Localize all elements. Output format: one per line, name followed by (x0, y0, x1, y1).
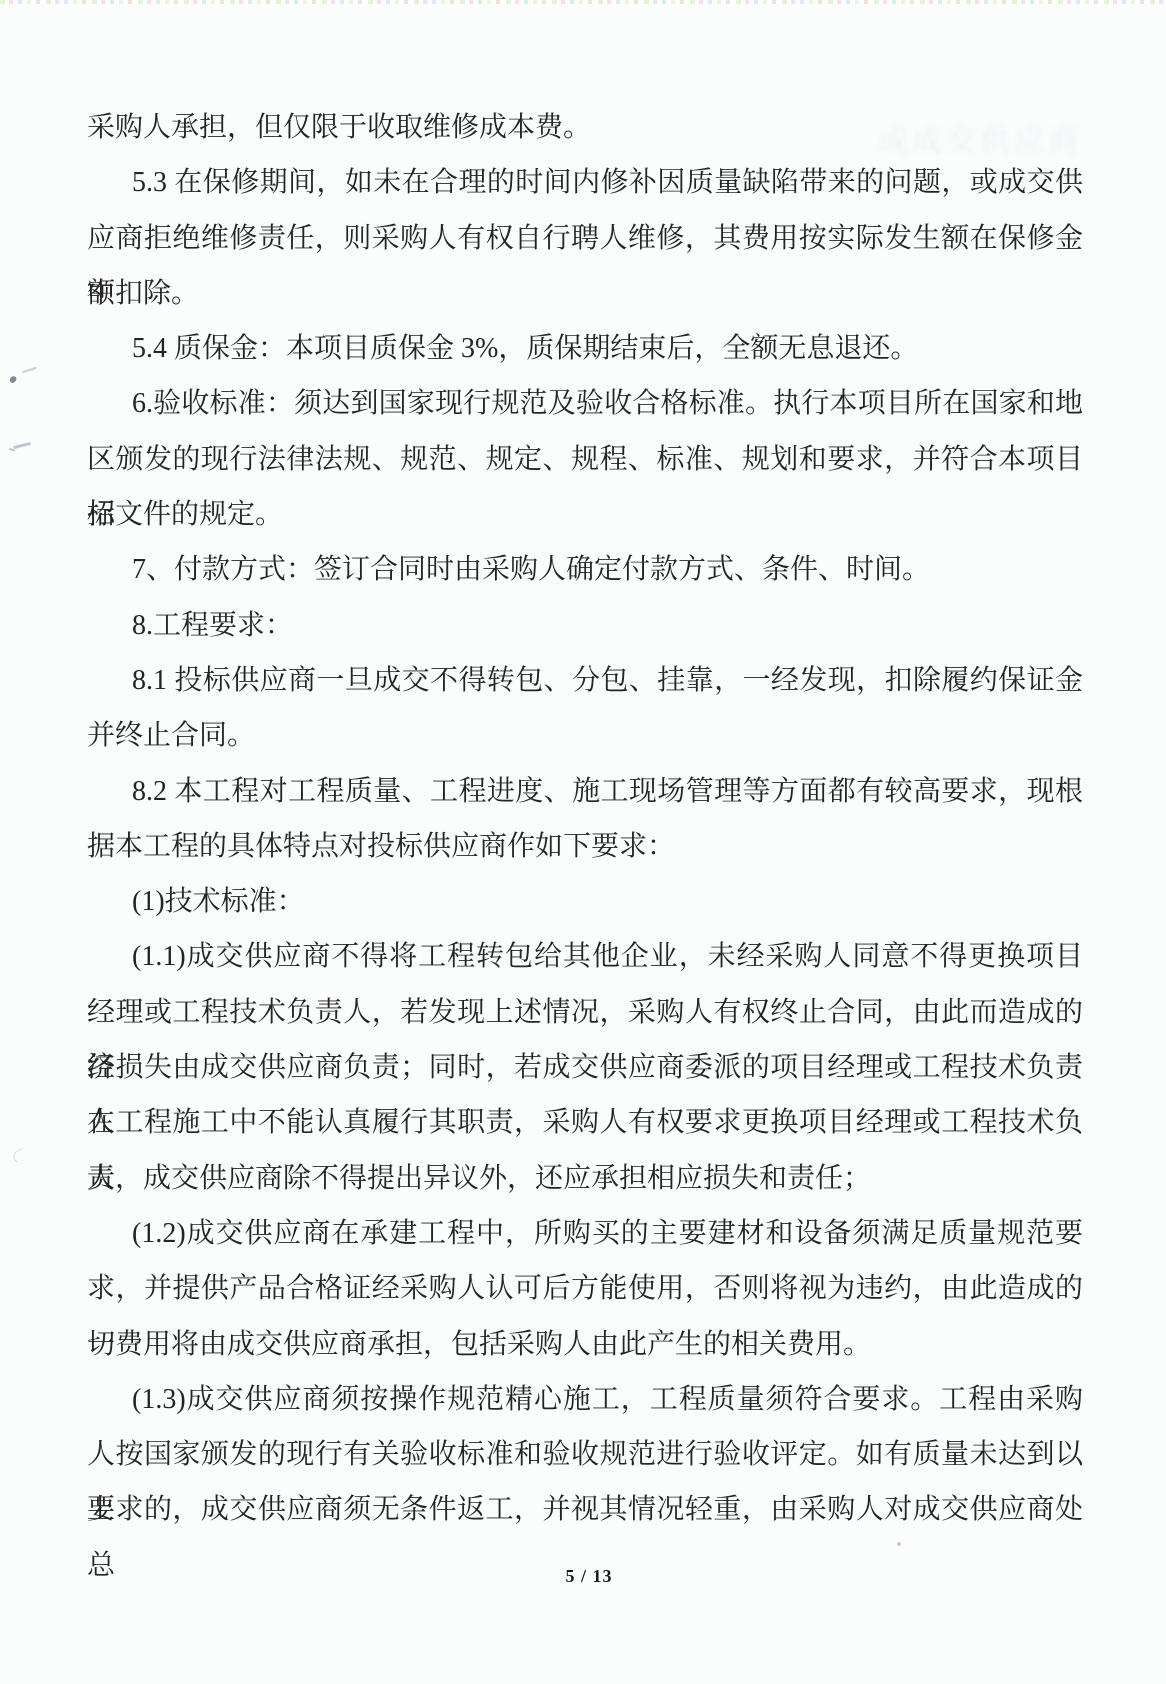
page-footer: 5 / 13 (0, 1566, 1166, 1587)
scan-speck (9, 375, 17, 384)
scan-speck (11, 1147, 29, 1164)
text-line: (1.1)成交供应商不得将工程转包给其他企业，未经采购人同意不得更换项目 (87, 929, 1083, 984)
scan-speck (13, 442, 31, 449)
text-line: 8.工程要求： (87, 598, 1083, 653)
text-line: 6.验收标准：须达到国家现行规范及验收合格标准。执行本项目所在国家和地 (87, 376, 1083, 431)
text-line: 采购人承担，但仅限于收取维修成本费。 (87, 100, 1083, 155)
text-line: 求，并提供产品合格证经采购人认可后方能使用，否则将视为违约，由此造成的一 (87, 1261, 1083, 1316)
text-line: 经理或工程技术负责人，若发现上述情况，采购人有权终止合同，由此而造成的经 (87, 985, 1083, 1040)
text-line: 中扣除。 (87, 266, 1083, 321)
text-line: 并终止合同。 (87, 708, 1083, 763)
scan-speck (22, 367, 37, 374)
text-line: 切费用将由成交供应商承担，包括采购人由此产生的相关费用。 (87, 1317, 1083, 1372)
scanned-document-page: { "page": { "number_label": "5 / 13" }, … (0, 0, 1166, 1684)
scan-speck (897, 1542, 901, 1546)
text-line: 5.3 在保修期间，如未在合理的时间内修补因质量缺陷带来的问题，或成交供 (87, 155, 1083, 210)
text-line: 7、付款方式：签订合同时由采购人确定付款方式、条件、时间。 (87, 542, 1083, 597)
text-line: (1.3)成交供应商须按操作规范精心施工，工程质量须符合要求。工程由采购 (87, 1372, 1083, 1427)
text-line: 要求的，成交供应商须无条件返工，并视其情况轻重，由采购人对成交供应商处总 (87, 1482, 1083, 1537)
text-line: 8.2 本工程对工程质量、工程进度、施工现场管理等方面都有较高要求，现根 (87, 764, 1083, 819)
text-line: 区颁发的现行法律法规、规范、规定、规程、标准、规划和要求，并符合本项目招 (87, 432, 1083, 487)
text-line: (1)技术标准： (87, 874, 1083, 929)
text-line: 标文件的规定。 (87, 487, 1083, 542)
text-line: 应商拒绝维修责任，则采购人有权自行聘人维修，其费用按实际发生额在保修金额 (87, 211, 1083, 266)
text-line: 人按国家颁发的现行有关验收标准和验收规范进行验收评定。如有质量未达到以上 (87, 1427, 1083, 1482)
text-line: (1.2)成交供应商在承建工程中，所购买的主要建材和设备须满足质量规范要 (87, 1206, 1083, 1261)
text-line: 8.1 投标供应商一旦成交不得转包、分包、挂靠，一经发现，扣除履约保证金 (87, 653, 1083, 708)
text-line: 在工程施工中不能认真履行其职责，采购人有权要求更换项目经理或工程技术负责 (87, 1095, 1083, 1150)
document-body: 采购人承担，但仅限于收取维修成本费。5.3 在保修期间，如未在合理的时间内修补因… (87, 100, 1083, 1538)
scanner-noise-strip (0, 0, 1166, 4)
text-line: 5.4 质保金：本项目质保金 3%，质保期结束后，全额无息退还。 (87, 321, 1083, 376)
text-line: 人，成交供应商除不得提出异议外，还应承担相应损失和责任； (87, 1151, 1083, 1206)
text-line: 据本工程的具体特点对投标供应商作如下要求： (87, 819, 1083, 874)
text-line: 济损失由成交供应商负责；同时，若成交供应商委派的项目经理或工程技术负责人 (87, 1040, 1083, 1095)
page-number: 5 / 13 (565, 1566, 612, 1586)
